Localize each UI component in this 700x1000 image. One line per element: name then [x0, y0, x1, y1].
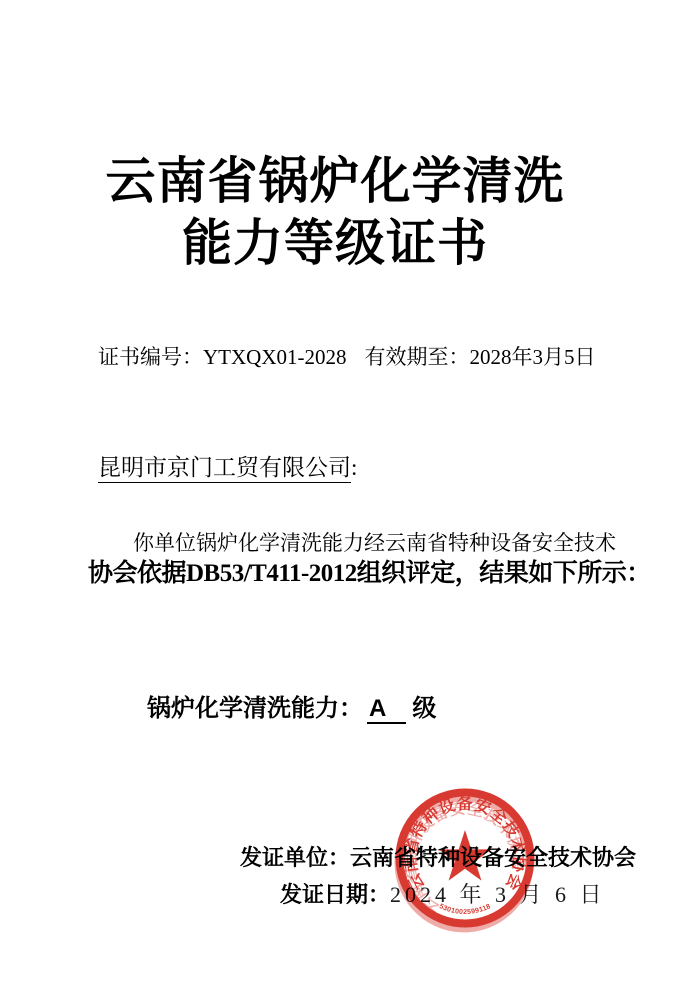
issue-date-line: 发证日期：2024 年 3 月 6 日 [280, 878, 606, 909]
issue-date-value: 2024 年 3 月 6 日 [390, 882, 606, 907]
issuer-label: 发证单位： [240, 845, 350, 870]
body-paragraph-line2: 协会依据DB53/T411-2012组织评定，结果如下所示： [88, 553, 651, 589]
grade-line: 锅炉化学清洗能力：A级 [147, 688, 436, 724]
validity-label: 有效期至： [364, 345, 469, 369]
issuer-name: 云南省特种设备安全技术协会 [350, 845, 636, 870]
issue-date-label: 发证日期： [280, 882, 390, 907]
validity-value: 2028年3月5日 [469, 345, 595, 369]
recipient-line: 昆明市京门工贸有限公司: [98, 449, 357, 482]
grade-label: 锅炉化学清洗能力： [147, 696, 363, 722]
certificate-title: 云南省锅炉化学清洗 能力等级证书 [0, 150, 670, 274]
cert-no-label: 证书编号： [98, 345, 203, 369]
cert-no-value: YTXQX01-2028 [203, 345, 346, 369]
grade-unit: 级 [412, 696, 436, 722]
certificate-meta: 证书编号：YTXQX01-2028有效期至：2028年3月5日 [98, 341, 595, 371]
issuer-line: 发证单位：云南省特种设备安全技术协会 [240, 841, 636, 872]
certificate-title-line1: 云南省锅炉化学清洗 [0, 150, 670, 212]
grade-value: A [367, 696, 406, 724]
recipient-colon: : [351, 455, 357, 480]
certificate-title-line2: 能力等级证书 [0, 212, 670, 274]
recipient-company-name: 昆明市京门工贸有限公司 [98, 455, 351, 483]
certificate-page: 云南省锅炉化学清洗 能力等级证书 证书编号：YTXQX01-2028有效期至：2… [0, 0, 700, 1000]
